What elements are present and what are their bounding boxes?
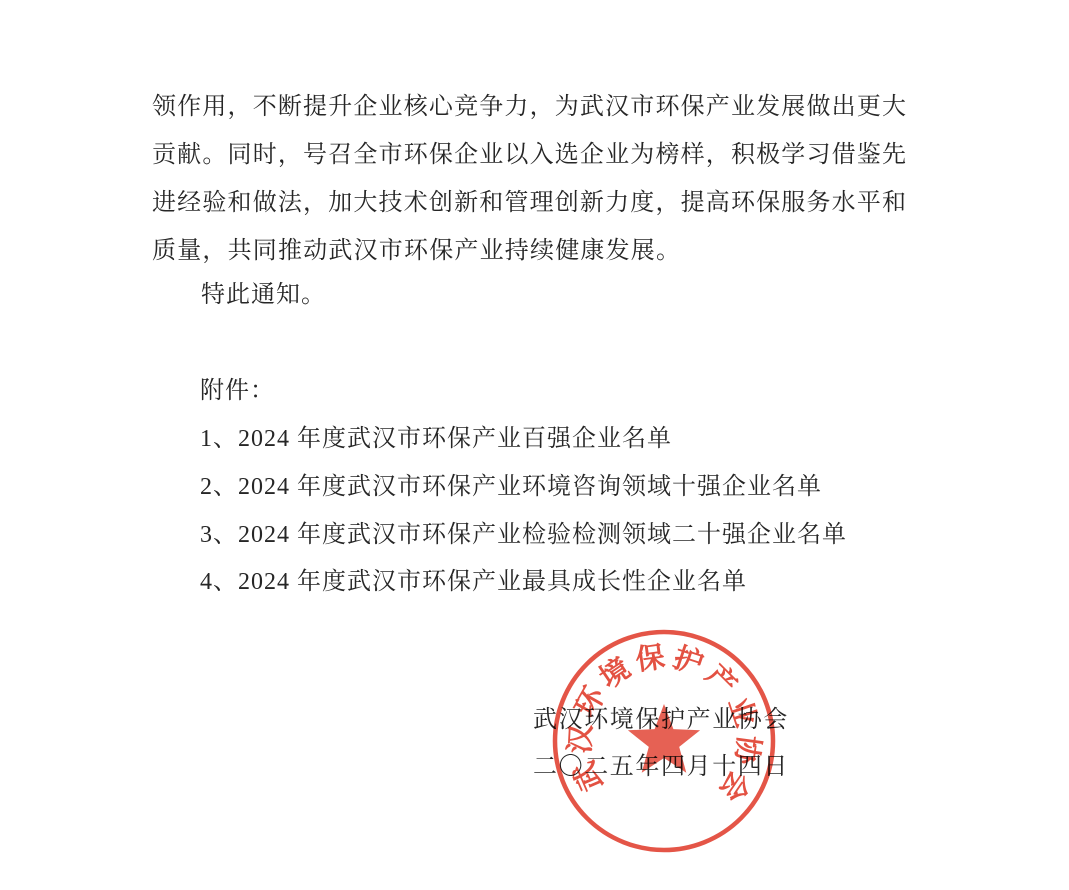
- issue-date: 二〇二五年四月十四日: [533, 752, 789, 782]
- notice-document-page: 领作用，不断提升企业核心竞争力，为武汉市环保产业发展做出更大 贡献。同时，号召全…: [0, 0, 1069, 890]
- body-paragraph-line: 质量，共同推动武汉市环保产业持续健康发展。: [152, 236, 681, 266]
- attachment-item: 2、2024 年度武汉市环保产业环境咨询领域十强企业名单: [200, 472, 822, 502]
- attachment-item: 4、2024 年度武汉市环保产业最具成长性企业名单: [200, 567, 747, 597]
- attachment-item: 3、2024 年度武汉市环保产业检验检测领域二十强企业名单: [200, 520, 847, 550]
- attachment-item: 1、2024 年度武汉市环保产业百强企业名单: [200, 424, 672, 454]
- closing-statement: 特此通知。: [201, 280, 326, 310]
- issuer-signature: 武汉环境保护产业协会: [533, 705, 789, 735]
- body-paragraph-line: 进经验和做法，加大技术创新和管理创新力度，提高环保服务水平和: [152, 188, 906, 218]
- body-paragraph-line: 贡献。同时，号召全市环保企业以入选企业为榜样，积极学习借鉴先: [152, 140, 906, 170]
- seal-ring: [555, 632, 773, 850]
- official-seal: 武汉环境保护产业协会: [544, 621, 784, 861]
- attachments-label: 附件：: [200, 376, 275, 406]
- body-paragraph-line: 领作用，不断提升企业核心竞争力，为武汉市环保产业发展做出更大: [152, 92, 906, 122]
